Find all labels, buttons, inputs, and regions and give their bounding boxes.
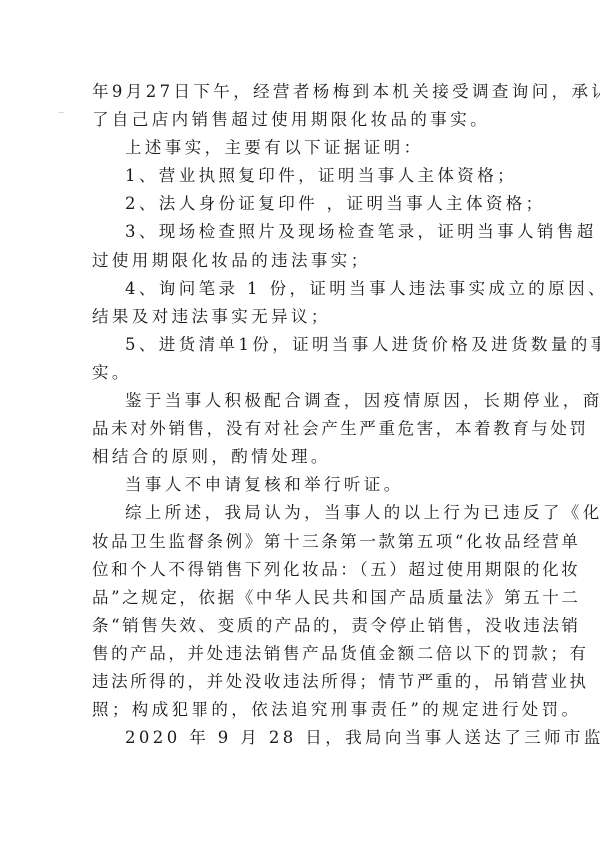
evidence-item-4: 4、询问笔录 1 份，证明当事人违法事实成立的原因、	[92, 275, 512, 303]
text-line: 品未对外销售，没有对社会产生严重危害，本着教育与处罚	[92, 415, 512, 443]
document-body: 年9月27日下午，经营者杨梅到本机关接受调查询问，承认 了自己店内销售超过使用期…	[92, 78, 512, 752]
text-line: 售的产品，并处违法销售产品货值金额二倍以下的罚款；有	[92, 640, 512, 668]
text-line: 品”之规定，依据《中华人民共和国产品质量法》第五十二	[92, 584, 512, 612]
evidence-item-5: 5、进货清单1份，证明当事人进货价格及进货数量的事	[92, 331, 512, 359]
text-line: 相结合的原则，酌情处理。	[92, 443, 512, 471]
text-line: 位和个人不得销售下列化妆品：（五）超过使用期限的化妆	[92, 556, 512, 584]
text-line: 2020 年 9 月 28 日，我局向当事人送达了三师市监一所	[92, 724, 512, 752]
evidence-item-2: 2、法人身份证复印件 ，证明当事人主体资格；	[92, 190, 512, 218]
text-line: 实。	[92, 359, 512, 387]
evidence-item-3: 3、现场检查照片及现场检查笔录，证明当事人销售超	[92, 218, 512, 246]
text-line: 上述事实，主要有以下证据证明：	[92, 134, 512, 162]
text-line: 结果及对违法事实无异议；	[92, 303, 512, 331]
text-line: 过使用期限化妆品的违法事实；	[92, 247, 512, 275]
text-line: 鉴于当事人积极配合调查，因疫情原因，长期停业，商	[92, 387, 512, 415]
text-line: 条“销售失效、变质的产品的，责令停止销售，没收违法销	[92, 612, 512, 640]
text-line: 了自己店内销售超过使用期限化妆品的事实。	[92, 106, 512, 134]
evidence-item-1: 1、营业执照复印件，证明当事人主体资格；	[92, 162, 512, 190]
scan-speck	[58, 112, 64, 113]
text-line: 综上所述，我局认为，当事人的以上行为已违反了《化	[92, 499, 512, 527]
text-line: 年9月27日下午，经营者杨梅到本机关接受调查询问，承认	[92, 78, 512, 106]
text-line: 妆品卫生监督条例》第十三条第一款第五项“化妆品经营单	[92, 528, 512, 556]
text-line: 违法所得的，并处没收违法所得；情节严重的，吊销营业执	[92, 668, 512, 696]
text-line: 当事人不申请复核和举行听证。	[92, 471, 512, 499]
text-line: 照；构成犯罪的，依法追究刑事责任”的规定进行处罚。	[92, 696, 512, 724]
